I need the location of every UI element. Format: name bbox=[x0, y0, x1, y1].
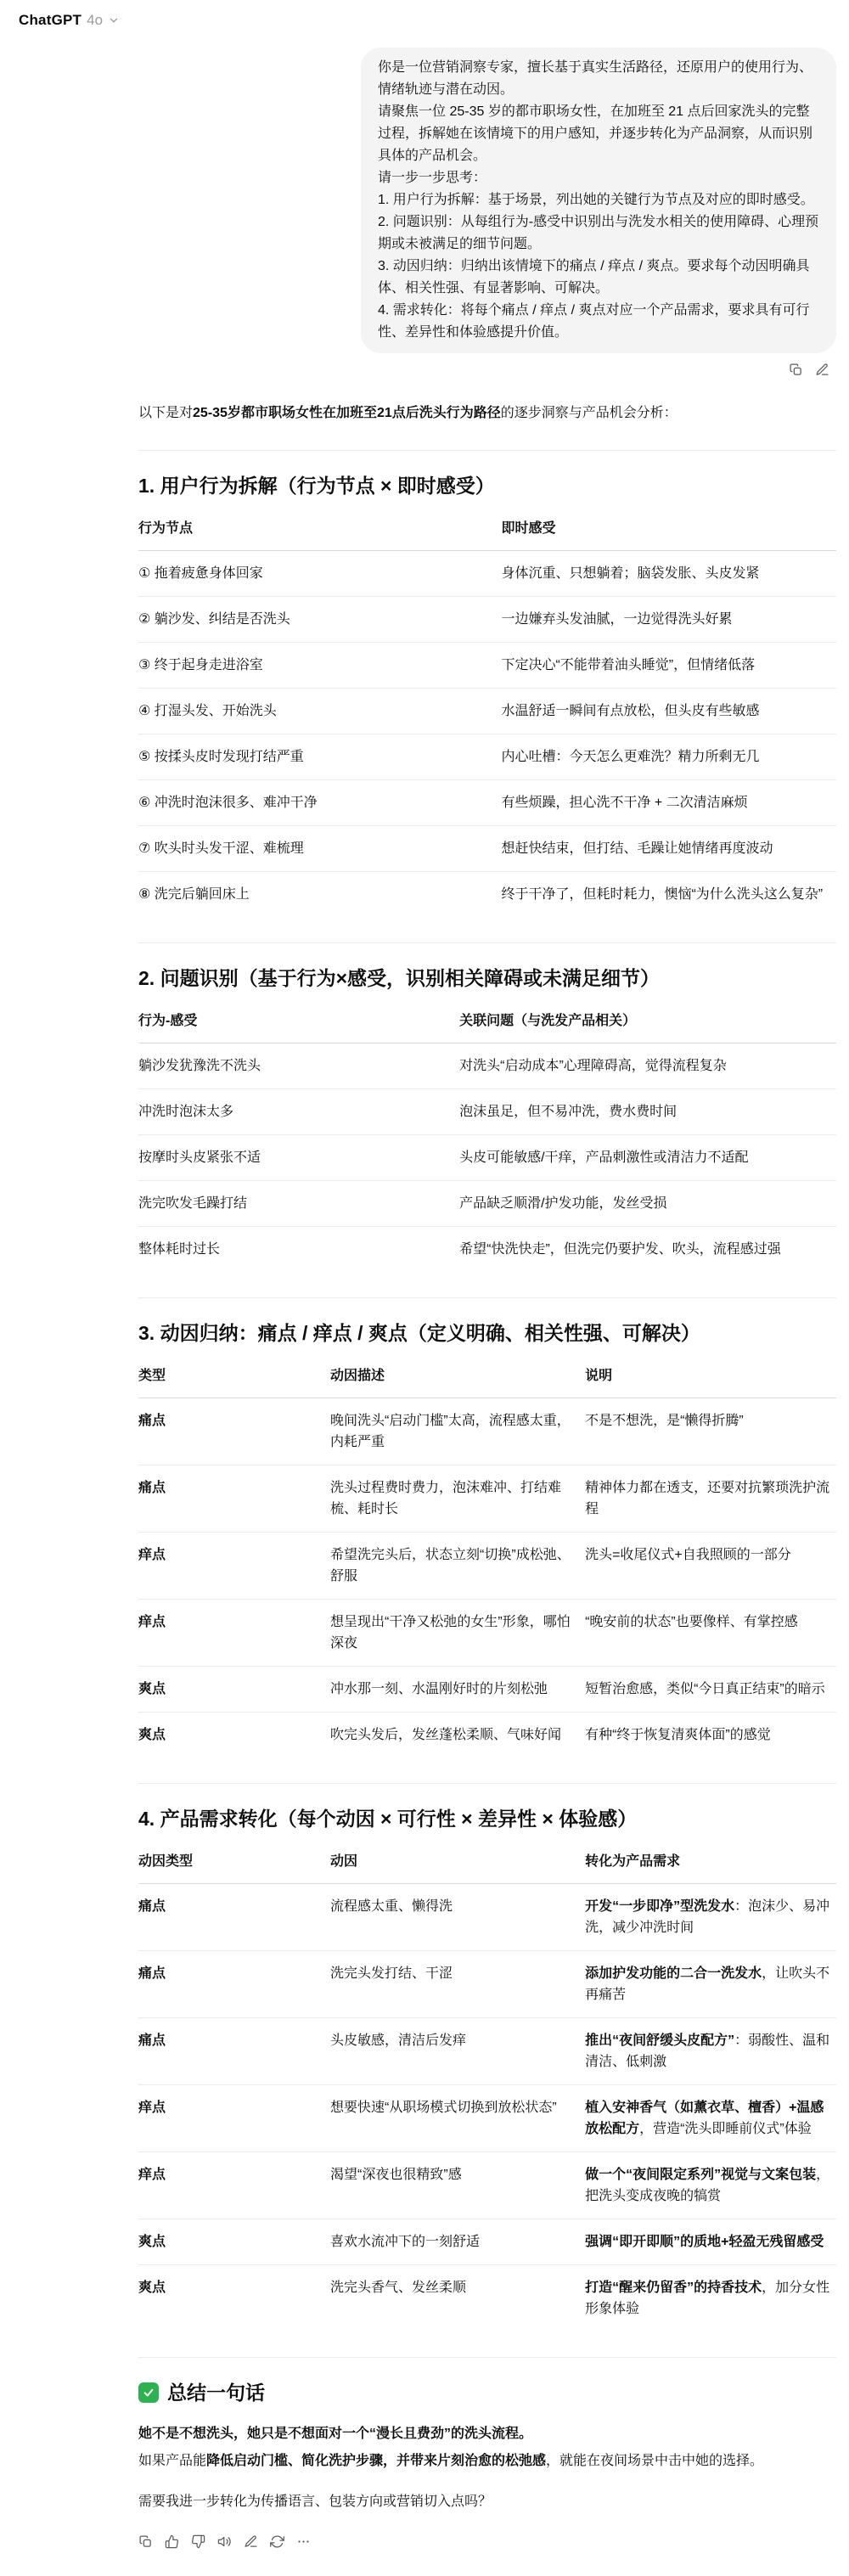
table-cell: 强调“即开即顺”的质地+轻盈无残留感受 bbox=[585, 2219, 836, 2265]
table-cell: 头皮敏感，清洁后发痒 bbox=[330, 2018, 585, 2085]
table-cell: 植入安神香气（如薰衣草、檀香）+温感放松配方，营造“洗头即睡前仪式”体验 bbox=[585, 2085, 836, 2152]
app-name: ChatGPT bbox=[19, 12, 82, 29]
user-turn: 你是一位营销洞察专家，擅长基于真实生活路径，还原用户的使用行为、情绪轨迹与潜在动… bbox=[138, 48, 836, 380]
table-cell: 下定决心“不能带着油头睡觉”，但情绪低落 bbox=[501, 643, 836, 689]
topbar: ChatGPT 4o bbox=[0, 0, 849, 34]
column-header: 关联问题（与洗发产品相关） bbox=[459, 1004, 836, 1043]
copy-icon bbox=[789, 363, 803, 377]
table-cell: 痛点 bbox=[138, 1398, 330, 1465]
table-cell: ① 拖着疲惫身体回家 bbox=[138, 551, 501, 597]
assistant-message: 以下是对25-35岁都市职场女性在加班至21点后洗头行为路径的逐步洞察与产品机会… bbox=[138, 402, 836, 2552]
table-cell: 头皮可能敏感/干痒，产品刺激性或清洁力不适配 bbox=[459, 1135, 836, 1181]
table-row: 按摩时头皮紧张不适头皮可能敏感/干痒，产品刺激性或清洁力不适配 bbox=[138, 1135, 836, 1181]
table-cell: 身体沉重、只想躺着；脑袋发胀、头皮发紧 bbox=[501, 551, 836, 597]
message-line: 请一步一步思考： bbox=[378, 167, 819, 189]
table-row: 冲洗时泡沫太多泡沫虽足，但不易冲洗，费水费时间 bbox=[138, 1089, 836, 1135]
table-row: ② 躺沙发、纠结是否洗头一边嫌弃头发油腻，一边觉得洗头好累 bbox=[138, 597, 836, 643]
user-message-bubble: 你是一位营销洞察专家，擅长基于真实生活路径，还原用户的使用行为、情绪轨迹与潜在动… bbox=[361, 48, 836, 353]
table-cell: 终于干净了，但耗时耗力，懊恼“为什么洗头这么复杂” bbox=[501, 872, 836, 918]
table-cell: 整体耗时过长 bbox=[138, 1227, 459, 1273]
table-row: ⑧ 洗完后躺回床上终于干净了，但耗时耗力，懊恼“为什么洗头这么复杂” bbox=[138, 872, 836, 918]
copy-button[interactable] bbox=[784, 359, 808, 380]
table-cell: ⑤ 按揉头皮时发现打结严重 bbox=[138, 734, 501, 780]
table-cell: 开发“一步即净”型洗发水：泡沫少、易冲洗，减少冲洗时间 bbox=[585, 1884, 836, 1951]
table-cell: 洗头=收尾仪式+自我照顾的一部分 bbox=[585, 1533, 836, 1600]
column-header: 行为节点 bbox=[138, 512, 501, 551]
table-cell: 做一个“夜间限定系列”视觉与文案包装，把洗头变成夜晚的犒赏 bbox=[585, 2152, 836, 2219]
motivations-table: 类型动因描述说明痛点晚间洗头“启动门槛”太高，流程感太重，内耗严重不是不想洗，是… bbox=[138, 1359, 836, 1758]
copy-icon bbox=[138, 2534, 153, 2549]
table-cell: ⑧ 洗完后躺回床上 bbox=[138, 872, 501, 918]
summary-line: 如果产品能降低启动门槛、简化洗护步骤，并带来片刻治愈的松弛感，就能在夜间场景中击… bbox=[138, 2449, 836, 2473]
table-cell: 推出“夜间舒缓头皮配方”：弱酸性、温和清洁、低刺激 bbox=[585, 2018, 836, 2085]
table-cell: 爽点 bbox=[138, 1667, 330, 1713]
table-row: 痒点渴望“深夜也很精致”感做一个“夜间限定系列”视觉与文案包装，把洗头变成夜晚的… bbox=[138, 2152, 836, 2219]
table-cell: 洗完头香气、发丝柔顺 bbox=[330, 2265, 585, 2332]
table-cell: 短暂治愈感，类似“今日真正结束”的暗示 bbox=[585, 1667, 836, 1713]
table-cell: 想赶快结束，但打结、毛躁让她情绪再度波动 bbox=[501, 826, 836, 872]
table-cell: 痒点 bbox=[138, 1533, 330, 1600]
read-aloud-button[interactable] bbox=[212, 2531, 237, 2552]
summary-title: 总结一句话 bbox=[138, 2380, 836, 2405]
table-cell: 痒点 bbox=[138, 1600, 330, 1667]
table-cell: 有些烦躁，担心洗不干净 + 二次清洁麻烦 bbox=[501, 780, 836, 826]
table-cell: 痛点 bbox=[138, 2018, 330, 2085]
table-cell: ⑥ 冲洗时泡沫很多、难冲干净 bbox=[138, 780, 501, 826]
divider bbox=[138, 1297, 836, 1298]
table-row: 痛点洗完头发打结、干涩添加护发功能的二合一洗发水，让吹头不再痛苦 bbox=[138, 1951, 836, 2018]
table-cell: 泡沫虽足，但不易冲洗，费水费时间 bbox=[459, 1089, 836, 1135]
table-cell: 打造“醒来仍留香”的持香技术，加分女性形象体验 bbox=[585, 2265, 836, 2332]
message-line: 1. 用户行为拆解：基于场景，列出她的关键行为节点及对应的即时感受。 bbox=[378, 189, 819, 211]
table-row: 痒点希望洗完头后，状态立刻“切换”成松弛、舒服洗头=收尾仪式+自我照顾的一部分 bbox=[138, 1533, 836, 1600]
table-cell: 有种“终于恢复清爽体面”的感觉 bbox=[585, 1713, 836, 1758]
table-row: 痒点想呈现出“干净又松弛的女生”形象，哪怕深夜“晚安前的状态”也要像样、有掌控感 bbox=[138, 1600, 836, 1667]
table-cell: 按摩时头皮紧张不适 bbox=[138, 1135, 459, 1181]
table-row: 洗完吹发毛躁打结产品缺乏顺滑/护发功能，发丝受损 bbox=[138, 1181, 836, 1227]
section-motivations: 3. 动因归纳：痛点 / 痒点 / 爽点（定义明确、相关性强、可解决） 类型动因… bbox=[138, 1320, 836, 1758]
regenerate-icon bbox=[270, 2534, 284, 2549]
pencil-icon bbox=[815, 363, 829, 377]
column-header: 动因描述 bbox=[330, 1359, 585, 1398]
column-header: 行为-感受 bbox=[138, 1004, 459, 1043]
table-row: 痛点洗头过程费时费力，泡沫难冲、打结难梳、耗时长精神体力都在透支，还要对抗繁琐洗… bbox=[138, 1465, 836, 1533]
table-row: 爽点洗完头香气、发丝柔顺打造“醒来仍留香”的持香技术，加分女性形象体验 bbox=[138, 2265, 836, 2332]
table-cell: 冲水那一刻、水温刚好时的片刻松弛 bbox=[330, 1667, 585, 1713]
assistant-message-actions bbox=[133, 2531, 836, 2552]
table-cell: ④ 打湿头发、开始洗头 bbox=[138, 689, 501, 734]
table-cell: 洗头过程费时费力，泡沫难冲、打结难梳、耗时长 bbox=[330, 1465, 585, 1533]
green-check-icon bbox=[138, 2382, 159, 2403]
problems-table: 行为-感受关联问题（与洗发产品相关）躺沙发犹豫洗不洗头对洗头“启动成本”心理障碍… bbox=[138, 1004, 836, 1272]
section-title: 1. 用户行为拆解（行为节点 × 即时感受） bbox=[138, 473, 836, 498]
behavior-table: 行为节点即时感受① 拖着疲惫身体回家身体沉重、只想躺着；脑袋发胀、头皮发紧② 躺… bbox=[138, 512, 836, 917]
divider bbox=[138, 2357, 836, 2358]
chat-page: ChatGPT 4o 你是一位营销洞察专家，擅长基于真实生活路径，还原用户的使用… bbox=[0, 0, 849, 2576]
table-cell: 痒点 bbox=[138, 2085, 330, 2152]
table-cell: 精神体力都在透支，还要对抗繁琐洗护流程 bbox=[585, 1465, 836, 1533]
divider bbox=[138, 1783, 836, 1784]
section-problems: 2. 问题识别（基于行为×感受，识别相关障碍或未满足细节） 行为-感受关联问题（… bbox=[138, 965, 836, 1272]
thumbs-up-icon bbox=[165, 2534, 179, 2549]
table-row: 躺沙发犹豫洗不洗头对洗头“启动成本”心理障碍高，觉得流程复杂 bbox=[138, 1043, 836, 1089]
table-cell: 流程感太重、懒得洗 bbox=[330, 1884, 585, 1951]
divider bbox=[138, 450, 836, 451]
table-row: 痛点流程感太重、懒得洗开发“一步即净”型洗发水：泡沫少、易冲洗，减少冲洗时间 bbox=[138, 1884, 836, 1951]
table-cell: 洗完头发打结、干涩 bbox=[330, 1951, 585, 2018]
conversation: 你是一位营销洞察专家，擅长基于真实生活路径，还原用户的使用行为、情绪轨迹与潜在动… bbox=[138, 48, 836, 2552]
chevron-down-icon bbox=[108, 14, 120, 26]
more-dots-icon bbox=[296, 2534, 311, 2549]
thumbs-up-button[interactable] bbox=[160, 2531, 184, 2552]
edit-response-button[interactable] bbox=[239, 2531, 263, 2552]
table-cell: 喜欢水流冲下的一刻舒适 bbox=[330, 2219, 585, 2265]
table-row: 痛点头皮敏感，清洁后发痒推出“夜间舒缓头皮配方”：弱酸性、温和清洁、低刺激 bbox=[138, 2018, 836, 2085]
table-row: ④ 打湿头发、开始洗头水温舒适一瞬间有点放松，但头皮有些敏感 bbox=[138, 689, 836, 734]
table-cell: “晚安前的状态”也要像样、有掌控感 bbox=[585, 1600, 836, 1667]
more-options-button[interactable] bbox=[291, 2531, 316, 2552]
table-cell: 添加护发功能的二合一洗发水，让吹头不再痛苦 bbox=[585, 1951, 836, 2018]
column-header: 说明 bbox=[585, 1359, 836, 1398]
section-behavior: 1. 用户行为拆解（行为节点 × 即时感受） 行为节点即时感受① 拖着疲惫身体回… bbox=[138, 473, 836, 917]
product-needs-table: 动因类型动因转化为产品需求痛点流程感太重、懒得洗开发“一步即净”型洗发水：泡沫少… bbox=[138, 1845, 836, 2331]
message-line: 3. 动因归纳：归纳出该情境下的痛点 / 痒点 / 爽点。要求每个动因明确具体、… bbox=[378, 256, 819, 300]
regenerate-button[interactable] bbox=[265, 2531, 290, 2552]
table-cell: 希望“快洗快走”，但洗完仍要护发、吹头，流程感过强 bbox=[459, 1227, 836, 1273]
thumbs-down-icon bbox=[191, 2534, 205, 2549]
user-message-actions bbox=[784, 359, 835, 380]
follow-up-question: 需要我进一步转化为传播语言、包装方向或营销切入点吗？ bbox=[138, 2490, 836, 2514]
message-line: 请聚焦一位 25-35 岁的都市职场女性，在加班至 21 点后回家洗头的完整过程… bbox=[378, 101, 819, 167]
table-cell: 产品缺乏顺滑/护发功能，发丝受损 bbox=[459, 1181, 836, 1227]
message-line: 你是一位营销洞察专家，擅长基于真实生活路径，还原用户的使用行为、情绪轨迹与潜在动… bbox=[378, 57, 819, 101]
table-cell: 想要快速“从职场模式切换到放松状态” bbox=[330, 2085, 585, 2152]
table-row: 爽点吹完头发后，发丝蓬松柔顺、气味好闻有种“终于恢复清爽体面”的感觉 bbox=[138, 1713, 836, 1758]
table-cell: 对洗头“启动成本”心理障碍高，觉得流程复杂 bbox=[459, 1043, 836, 1089]
table-cell: 一边嫌弃头发油腻，一边觉得洗头好累 bbox=[501, 597, 836, 643]
section-summary: 总结一句话 她不是不想洗头，她只是不想面对一个“漫长且费劲”的洗头流程。 如果产… bbox=[138, 2380, 836, 2514]
table-cell: 内心吐槽：今天怎么更难洗？精力所剩无几 bbox=[501, 734, 836, 780]
table-row: 痛点晚间洗头“启动门槛”太高，流程感太重，内耗严重不是不想洗，是“懒得折腾” bbox=[138, 1398, 836, 1465]
table-cell: ③ 终于起身走进浴室 bbox=[138, 643, 501, 689]
table-row: ⑤ 按揉头皮时发现打结严重内心吐槽：今天怎么更难洗？精力所剩无几 bbox=[138, 734, 836, 780]
table-row: 爽点冲水那一刻、水温刚好时的片刻松弛短暂治愈感，类似“今日真正结束”的暗示 bbox=[138, 1667, 836, 1713]
table-cell: 躺沙发犹豫洗不洗头 bbox=[138, 1043, 459, 1089]
pencil-icon bbox=[244, 2534, 258, 2549]
table-cell: 不是不想洗，是“懒得折腾” bbox=[585, 1398, 836, 1465]
thumbs-down-button[interactable] bbox=[186, 2531, 211, 2552]
section-title: 4. 产品需求转化（每个动因 × 可行性 × 差异性 × 体验感） bbox=[138, 1806, 836, 1831]
table-row: ③ 终于起身走进浴室下定决心“不能带着油头睡觉”，但情绪低落 bbox=[138, 643, 836, 689]
table-cell: 冲洗时泡沫太多 bbox=[138, 1089, 459, 1135]
table-cell: 想呈现出“干净又松弛的女生”形象，哪怕深夜 bbox=[330, 1600, 585, 1667]
table-cell: 痛点 bbox=[138, 1465, 330, 1533]
table-cell: ⑦ 吹头时头发干涩、难梳理 bbox=[138, 826, 501, 872]
column-header: 类型 bbox=[138, 1359, 330, 1398]
column-header: 即时感受 bbox=[501, 512, 836, 551]
summary-line: 她不是不想洗头，她只是不想面对一个“漫长且费劲”的洗头流程。 bbox=[138, 2422, 836, 2446]
table-row: ① 拖着疲惫身体回家身体沉重、只想躺着；脑袋发胀、头皮发紧 bbox=[138, 551, 836, 597]
column-header: 转化为产品需求 bbox=[585, 1845, 836, 1884]
section-product-needs: 4. 产品需求转化（每个动因 × 可行性 × 差异性 × 体验感） 动因类型动因… bbox=[138, 1806, 836, 2331]
table-cell: 水温舒适一瞬间有点放松，但头皮有些敏感 bbox=[501, 689, 836, 734]
table-row: 爽点喜欢水流冲下的一刻舒适强调“即开即顺”的质地+轻盈无残留感受 bbox=[138, 2219, 836, 2265]
table-cell: ② 躺沙发、纠结是否洗头 bbox=[138, 597, 501, 643]
table-row: 整体耗时过长希望“快洗快走”，但洗完仍要护发、吹头，流程感过强 bbox=[138, 1227, 836, 1273]
table-cell: 爽点 bbox=[138, 2265, 330, 2332]
table-cell: 希望洗完头后，状态立刻“切换”成松弛、舒服 bbox=[330, 1533, 585, 1600]
table-row: ⑦ 吹头时头发干涩、难梳理想赶快结束，但打结、毛躁让她情绪再度波动 bbox=[138, 826, 836, 872]
table-cell: 爽点 bbox=[138, 2219, 330, 2265]
table-cell: 晚间洗头“启动门槛”太高，流程感太重，内耗严重 bbox=[330, 1398, 585, 1465]
table-cell: 痛点 bbox=[138, 1951, 330, 2018]
copy-button[interactable] bbox=[133, 2531, 158, 2552]
column-header: 动因类型 bbox=[138, 1845, 330, 1884]
table-cell: 洗完吹发毛躁打结 bbox=[138, 1181, 459, 1227]
speaker-icon bbox=[217, 2534, 232, 2549]
section-title: 3. 动因归纳：痛点 / 痒点 / 爽点（定义明确、相关性强、可解决） bbox=[138, 1320, 836, 1346]
table-cell: 爽点 bbox=[138, 1713, 330, 1758]
table-cell: 吹完头发后，发丝蓬松柔顺、气味好闻 bbox=[330, 1713, 585, 1758]
table-row: ⑥ 冲洗时泡沫很多、难冲干净有些烦躁，担心洗不干净 + 二次清洁麻烦 bbox=[138, 780, 836, 826]
edit-message-button[interactable] bbox=[810, 359, 835, 380]
model-switcher-button[interactable]: ChatGPT 4o bbox=[12, 7, 127, 34]
assistant-intro: 以下是对25-35岁都市职场女性在加班至21点后洗头行为路径的逐步洞察与产品机会… bbox=[138, 402, 836, 425]
divider bbox=[138, 942, 836, 943]
table-cell: 渴望“深夜也很精致”感 bbox=[330, 2152, 585, 2219]
model-name: 4o bbox=[87, 12, 103, 29]
column-header: 动因 bbox=[330, 1845, 585, 1884]
section-title: 2. 问题识别（基于行为×感受，识别相关障碍或未满足细节） bbox=[138, 965, 836, 991]
table-cell: 痛点 bbox=[138, 1884, 330, 1951]
table-cell: 痒点 bbox=[138, 2152, 330, 2219]
message-line: 2. 问题识别：从每组行为-感受中识别出与洗发水相关的使用障碍、心理预期或未被满… bbox=[378, 211, 819, 256]
table-row: 痒点想要快速“从职场模式切换到放松状态”植入安神香气（如薰衣草、檀香）+温感放松… bbox=[138, 2085, 836, 2152]
message-line: 4. 需求转化：将每个痛点 / 痒点 / 爽点对应一个产品需求，要求具有可行性、… bbox=[378, 300, 819, 344]
